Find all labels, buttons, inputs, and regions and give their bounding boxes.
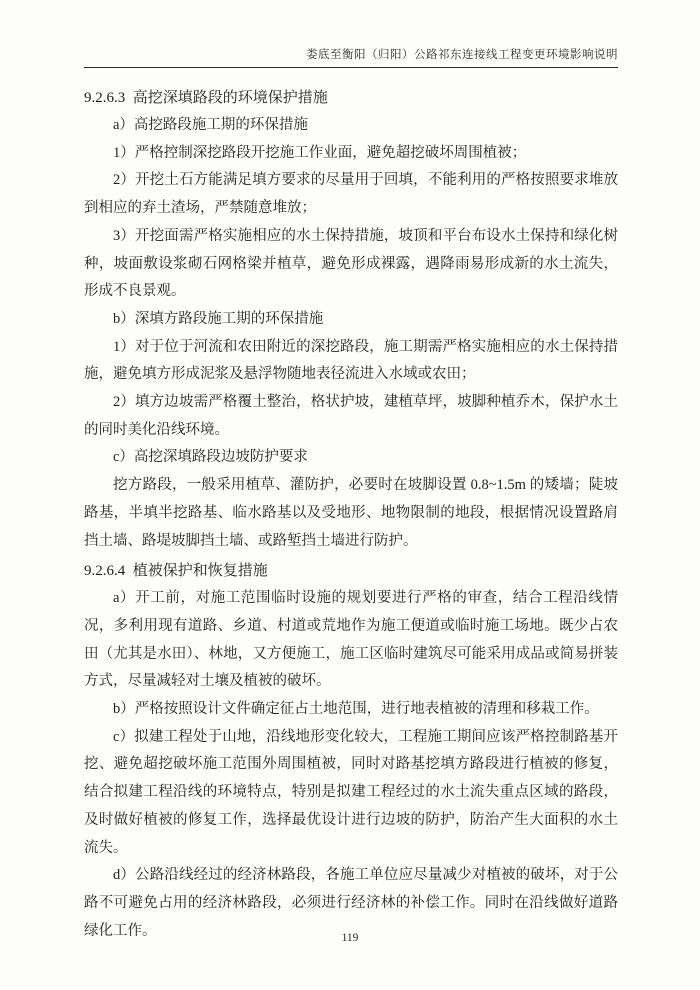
document-body: 9.2.6.3 高挖深填路段的环境保护措施 a）高挖路段施工期的环保措施 1）严…	[84, 82, 618, 945]
paragraph-a-construction-measures: a）高挖路段施工期的环保措施	[84, 112, 618, 140]
paragraph-item-1-river-farmland: 1）对于位于河流和农田附近的深挖路段，施工期需严格实施相应的水土保持措施，避免填…	[84, 334, 618, 389]
paragraph-item-2-slope-treatment: 2）填方边坡需严格覆土整治，格状护坡，建植草坪，坡脚种植乔木，保护水土的同时美化…	[84, 389, 618, 444]
document-page: 娄底至衡阳（归阳）公路祁东连接线工程变更环境影响说明 9.2.6.3 高挖深填路…	[0, 0, 700, 990]
paragraph-item-3-soil-conservation: 3）开挖面需严格实施相应的水土保持措施，坡顶和平台布设水土保持和绿化树种，坡面敷…	[84, 223, 618, 306]
paragraph-c-slope-protection-requirements: c）高挖深填路段边坡防护要求	[84, 444, 618, 472]
section-heading-9-2-6-3: 9.2.6.3 高挖深填路段的环境保护措施	[84, 84, 618, 112]
paragraph-item-1-excavation-control: 1）严格控制深挖路段开挖施工作业面，避免超挖破坏周围植被；	[84, 140, 618, 168]
paragraph-slope-protection-detail: 挖方路段，一般采用植草、灌防护，必要时在坡脚设置 0.8~1.5m 的矮墙；陡坡…	[84, 472, 618, 555]
section-heading-9-2-6-4: 9.2.6.4 植被保护和恢复措施	[84, 557, 618, 585]
page-number: 119	[0, 932, 700, 944]
paragraph-c-vegetation-restoration: c）拟建工程处于山地，沿线地形变化较大，工程施工期间应该严格控制路基开挖、避免超…	[84, 724, 618, 863]
paragraph-item-2-spoil-disposal: 2）开挖土石方能满足填方要求的尽量用于回填，不能利用的严格按照要求堆放到相应的弃…	[84, 167, 618, 222]
running-header-title: 娄底至衡阳（归阳）公路祁东连接线工程变更环境影响说明	[306, 49, 618, 61]
paragraph-a-pre-construction-review: a）开工前，对施工范围临时设施的规划要进行严格的审查，结合工程沿线情况，多利用现…	[84, 585, 618, 696]
paragraph-b-deep-fill-measures: b）深填方路段施工期的环保措施	[84, 306, 618, 334]
paragraph-b-land-acquisition-scope: b）严格按照设计文件确定征占土地范围，进行地表植被的清理和移栽工作。	[84, 696, 618, 724]
running-header: 娄底至衡阳（归阳）公路祁东连接线工程变更环境影响说明	[84, 46, 618, 68]
